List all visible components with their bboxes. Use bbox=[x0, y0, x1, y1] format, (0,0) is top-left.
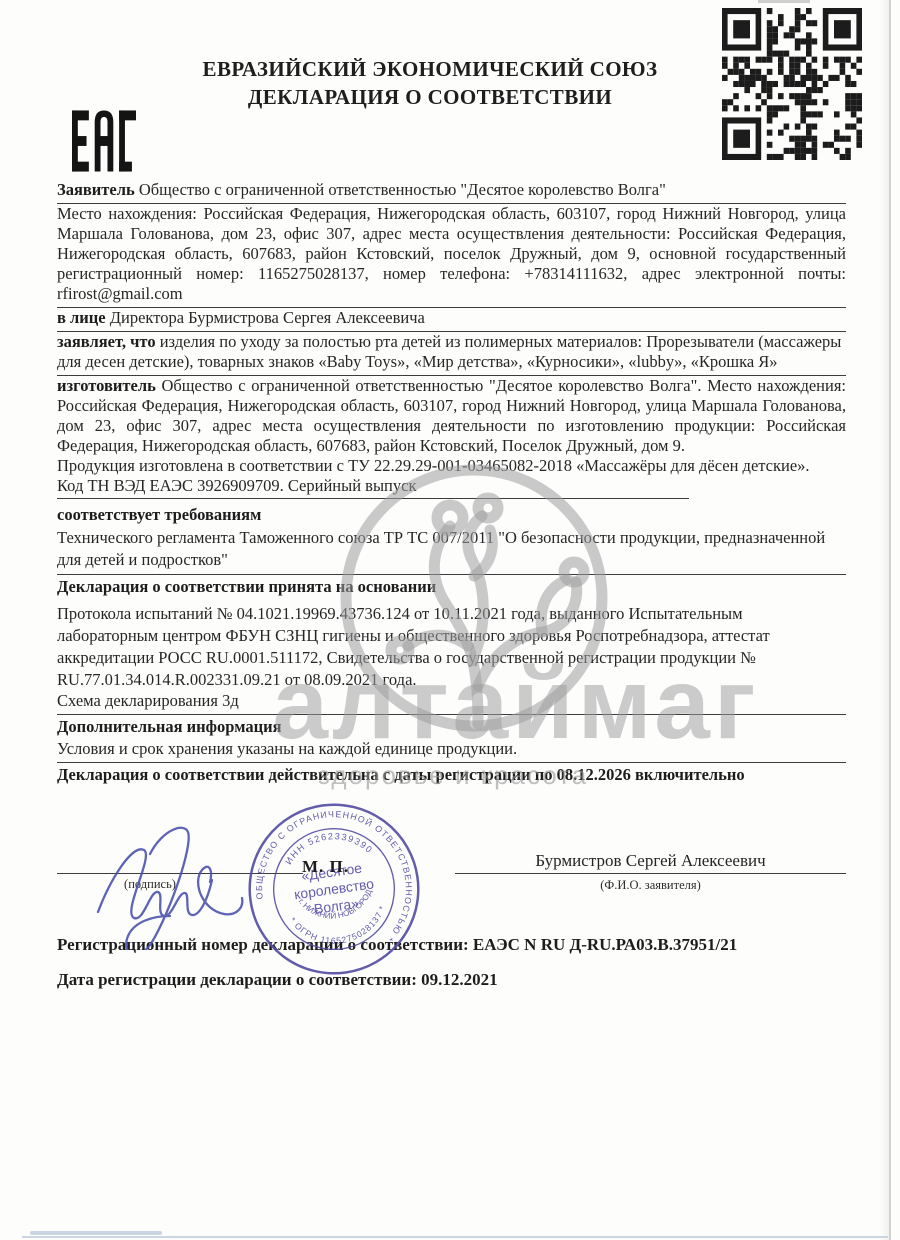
scan-top-mark bbox=[758, 0, 810, 3]
stamp-center-line1: «Десятое bbox=[300, 860, 363, 884]
document-body: Заявитель Общество с ограниченной ответс… bbox=[57, 180, 846, 787]
fio-caption: (Ф.И.О. заявителя) bbox=[455, 878, 846, 893]
manufacturer-value: Общество с ограниченной ответственностью… bbox=[57, 376, 846, 455]
additional-text: Условия и срок хранения указаны на каждо… bbox=[57, 739, 846, 763]
scan-edge-shadow bbox=[880, 0, 889, 1240]
scheme-line: Схема декларирования 3д bbox=[57, 691, 846, 715]
manufacturer-label: изготовитель bbox=[57, 376, 156, 395]
signature-caption: (подпись) bbox=[90, 877, 210, 892]
document-title: ЕВРАЗИЙСКИЙ ЭКОНОМИЧЕСКИЙ СОЮЗ ДЕКЛАРАЦИ… bbox=[120, 55, 740, 111]
tnved-line: Код ТН ВЭД ЕАЭС 3926909709. Серийный вып… bbox=[57, 476, 846, 496]
stamp-inn-text: ИНН 5262339390 bbox=[280, 825, 376, 867]
declares-value: изделия по уходу за полостью рта детей и… bbox=[57, 332, 841, 371]
document-page: алтаймаг здоровье и красота ЕВРАЗИЙСКИЙ … bbox=[0, 0, 900, 1240]
handwritten-signature bbox=[92, 820, 262, 950]
location-paragraph: Место нахождения: Российская Федерация, … bbox=[57, 204, 846, 308]
applicant-fio: Бурмистров Сергей Алексеевич bbox=[455, 851, 846, 871]
scan-bottom-edge bbox=[22, 1236, 888, 1238]
svg-text:ИНН 5262339390: ИНН 5262339390 bbox=[280, 825, 376, 867]
title-line-1: ЕВРАЗИЙСКИЙ ЭКОНОМИЧЕСКИЙ СОЮЗ bbox=[120, 55, 740, 83]
qr-code bbox=[722, 8, 862, 160]
in-person-row: в лице Директора Бурмистрова Сергея Алек… bbox=[57, 308, 846, 332]
stamp-center-line2: королевство bbox=[293, 875, 375, 902]
stamp-place-label: М. П. bbox=[302, 857, 349, 877]
applicant-row: Заявитель Общество с ограниченной ответс… bbox=[57, 180, 846, 204]
divider-partial bbox=[57, 498, 689, 499]
in-person-value: Директора Бурмистрова Сергея Алексеевича bbox=[110, 308, 425, 327]
stamp-city-text: г. НИЖНИЙ НОВГОРОД bbox=[296, 887, 377, 926]
complies-header: соответствует требованиям bbox=[57, 503, 846, 527]
eac-logo-icon bbox=[72, 108, 136, 174]
manufacturer-paragraph: изготовитель Общество с ограниченной отв… bbox=[57, 376, 846, 456]
applicant-value: Общество с ограниченной ответственностью… bbox=[139, 180, 666, 199]
scan-smudge bbox=[30, 1231, 162, 1235]
additional-header: Дополнительная информация bbox=[57, 715, 846, 739]
tu-line: Продукция изготовлена в соответствии с Т… bbox=[57, 456, 846, 476]
complies-text: Технического регламента Таможенного союз… bbox=[57, 527, 846, 575]
title-line-2: ДЕКЛАРАЦИЯ О СООТВЕТСТВИИ bbox=[120, 83, 740, 111]
declares-label: заявляет, что bbox=[57, 332, 156, 351]
signature-line bbox=[57, 873, 303, 874]
stamp-center-line3: Волга» bbox=[313, 895, 360, 917]
registration-number-line: Регистрационный номер декларации о соотв… bbox=[57, 935, 857, 955]
name-line bbox=[455, 873, 846, 874]
declares-paragraph: заявляет, что изделия по уходу за полост… bbox=[57, 332, 846, 376]
validity-line: Декларация о соответствии действительна … bbox=[57, 763, 846, 787]
basis-text: Протокола испытаний № 04.1021.19969.4373… bbox=[57, 603, 846, 691]
registration-date-line: Дата регистрации декларации о соответств… bbox=[57, 970, 857, 990]
applicant-label: Заявитель bbox=[57, 180, 135, 199]
scan-edge-line bbox=[889, 0, 891, 1240]
svg-text:г. НИЖНИЙ НОВГОРОД: г. НИЖНИЙ НОВГОРОД bbox=[296, 887, 377, 926]
basis-header: Декларация о соответствии принята на осн… bbox=[57, 575, 846, 603]
in-person-label: в лице bbox=[57, 308, 106, 327]
